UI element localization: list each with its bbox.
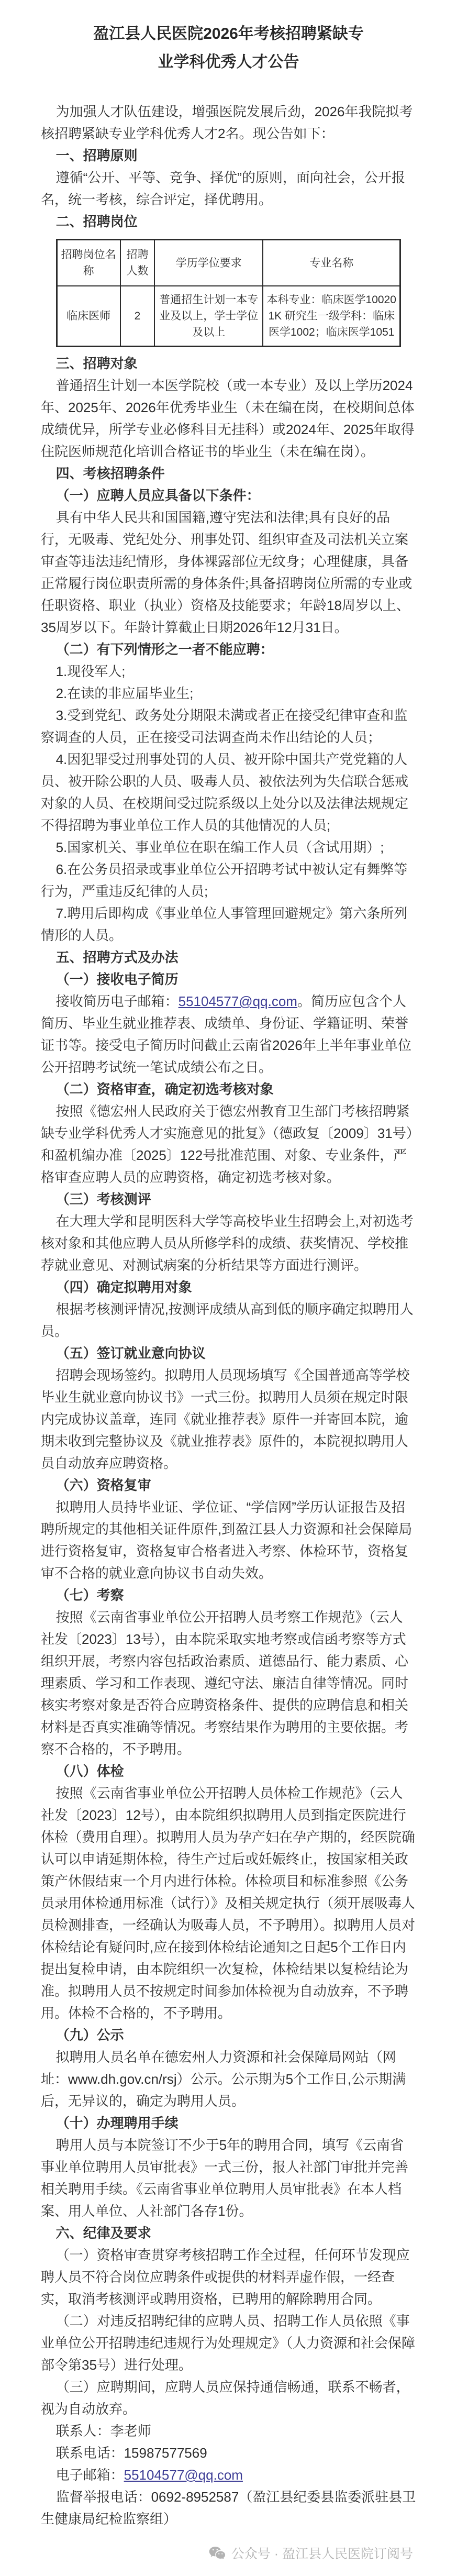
sub-heading: （二）资格审查，确定初选考核对象 <box>41 1078 416 1100</box>
section-heading: 四、考核招聘条件 <box>41 462 416 484</box>
email-link[interactable]: 55104577@qq.com <box>124 2467 243 2483</box>
paragraph: 按照《云南省事业单位公开招聘人员体检工作规范》（云人社发〔2023〕12号），由… <box>41 1782 416 2024</box>
document-body: 为加强人才队伍建设，增强医院发展后劲，2026年我院拟考核招聘紧缺专业学科优秀人… <box>41 101 416 2530</box>
table-row: 临床医师 2 普通招生计划一本专业及以上，学士学位及以上 本科专业：临床医学10… <box>57 286 400 347</box>
paragraph: 接收简历电子邮箱：55104577@qq.com。简历应包含个人简历、毕业生就业… <box>41 990 416 1078</box>
sub-heading: （一）应聘人员应具备以下条件： <box>41 484 416 506</box>
paragraph: 3.受到党纪、政务处分期限未满或者正在接受纪律审查和监察调查的人员，正在接受司法… <box>41 704 416 748</box>
paragraph: 在大理大学和昆明医科大学等高校毕业生招聘会上,对初选考核对象和其他应聘人员从所修… <box>41 1210 416 1276</box>
paragraph: 拟聘用人员持毕业证、学位证、“学信网”学历认证报告及招聘所规定的其他相关证件原件… <box>41 1496 416 1584</box>
paragraph: 联系人：李老师 <box>41 2420 416 2442</box>
paragraph: 2.在读的非应届毕业生; <box>41 682 416 704</box>
table-cell-count: 2 <box>120 286 155 347</box>
announcement-page: 盈江县人民医院2026年考核招聘紧缺专业学科优秀人才公告 为加强人才队伍建设，增… <box>0 0 457 2576</box>
section-heading: 六、纪律及要求 <box>41 2222 416 2244</box>
paragraph: 普通招生计划一本医学院校（或一本专业）及以上学历2024年、2025年、2026… <box>41 374 416 462</box>
section-heading: 二、招聘岗位 <box>41 211 416 233</box>
paragraph: 监督举报电话：0692-8952587（盈江县纪委县监委派驻县卫生健康局纪检监察… <box>41 2486 416 2530</box>
sub-heading: （四）确定拟聘用对象 <box>41 1276 416 1298</box>
paragraph: 招聘会现场签约。拟聘用人员现场填写《全国普通高等学校毕业生就业意向协议书》一式三… <box>41 1364 416 1474</box>
table-header-cell-position: 招聘岗位名称 <box>57 240 120 286</box>
text-run: 接收简历电子邮箱： <box>56 993 179 1009</box>
paragraph: 拟聘用人员名单在德宏州人力资源和社会保障局网站（网址：www.dh.gov.cn… <box>41 2046 416 2112</box>
footer-watermark-label: 公众号 · 盈江县人民医院订阅号 <box>231 2544 413 2562</box>
paragraph: 6.在公务员招录或事业单位公开招聘考试中被认定有舞弊等行为，严重违反纪律的人员; <box>41 858 416 902</box>
document-title: 盈江县人民医院2026年考核招聘紧缺专业学科优秀人才公告 <box>93 20 365 76</box>
paragraph: 7.聘用后即构成《事业单位人事管理回避规定》第六条所列情形的人员。 <box>41 902 416 946</box>
section-heading: 一、招聘原则 <box>41 145 416 167</box>
paragraph: 为加强人才队伍建设，增强医院发展后劲，2026年我院拟考核招聘紧缺专业学科优秀人… <box>41 101 416 145</box>
sub-heading: （六）资格复审 <box>41 1474 416 1496</box>
footer-watermark: 公众号 · 盈江县人民医院订阅号 <box>41 2544 416 2562</box>
paragraph: 具有中华人民共和国国籍,遵守宪法和法律;具有良好的品行，无吸毒、党纪处分、刑事处… <box>41 506 416 638</box>
paragraph: 遵循“公开、平等、竞争、择优”的原则，面向社会，公开报名，统一考核，综合评定，择… <box>41 167 416 211</box>
table-cell-education: 普通招生计划一本专业及以上，学士学位及以上 <box>154 286 263 347</box>
sub-heading: （三）考核测评 <box>41 1188 416 1210</box>
paragraph: 5.国家机关、事业单位在职在编工作人员（含试用期）; <box>41 836 416 858</box>
paragraph: 4.因犯罪受过刑事处罚的人员、被开除中国共产党党籍的人员、被开除公职的人员、吸毒… <box>41 748 416 836</box>
sub-heading: （八）体检 <box>41 1760 416 1782</box>
table-header-cell-major: 专业名称 <box>263 240 400 286</box>
email-link[interactable]: 55104577@qq.com <box>179 993 297 1009</box>
section-heading: 五、招聘方式及办法 <box>41 946 416 968</box>
paragraph: （一）资格审查贯穿考核招聘工作全过程，任何环节发现应聘人员不符合岗位应聘条件或提… <box>41 2244 416 2310</box>
paragraph: 电子邮箱：55104577@qq.com <box>41 2464 416 2486</box>
sub-heading: （九）公示 <box>41 2024 416 2046</box>
text-run: 电子邮箱： <box>56 2467 124 2483</box>
paragraph: 按照《德宏州人民政府关于德宏州教育卫生部门考核招聘紧缺专业学科优秀人才实施意见的… <box>41 1100 416 1188</box>
positions-table-wrap: 招聘岗位名称 招聘人数 学历学位要求 专业名称 临床医师 2 普通招生计划一本专… <box>41 233 416 352</box>
section-heading: 三、招聘对象 <box>41 352 416 374</box>
table-header-row: 招聘岗位名称 招聘人数 学历学位要求 专业名称 <box>57 240 400 286</box>
sub-heading: （二）有下列情形之一者不能应聘： <box>41 638 416 660</box>
table-header-cell-education: 学历学位要求 <box>154 240 263 286</box>
sub-heading: （七）考察 <box>41 1584 416 1606</box>
sub-heading: （五）签订就业意向协议 <box>41 1342 416 1364</box>
paragraph: 联系电话：15987577569 <box>41 2442 416 2464</box>
paragraph: 按照《云南省事业单位公开招聘人员考察工作规范》（云人社发〔2023〕13号），由… <box>41 1606 416 1760</box>
paragraph: 根据考核测评情况,按测评成绩从高到低的顺序确定拟聘用人员。 <box>41 1298 416 1342</box>
table-header-cell-count: 招聘人数 <box>120 240 155 286</box>
wechat-icon <box>208 2546 226 2561</box>
sub-heading: （十）办理聘用手续 <box>41 2112 416 2134</box>
paragraph: （三）应聘期间，应聘人员应保持通信畅通，联系不畅者，视为自动放弃。 <box>41 2376 416 2420</box>
table-cell-position: 临床医师 <box>57 286 120 347</box>
table-cell-major: 本科专业：临床医学100201K 研究生一级学科：临床医学1002；临床医学10… <box>263 286 400 347</box>
positions-table: 招聘岗位名称 招聘人数 学历学位要求 专业名称 临床医师 2 普通招生计划一本专… <box>56 239 402 347</box>
paragraph: 聘用人员与本院签订不少于5年的聘用合同，填写《云南省事业单位聘用人员审批表》一式… <box>41 2134 416 2222</box>
paragraph: （二）对违反招聘纪律的应聘人员、招聘工作人员依照《事业单位公开招聘违纪违规行为处… <box>41 2310 416 2376</box>
paragraph: 1.现役军人; <box>41 660 416 682</box>
sub-heading: （一）接收电子简历 <box>41 968 416 990</box>
